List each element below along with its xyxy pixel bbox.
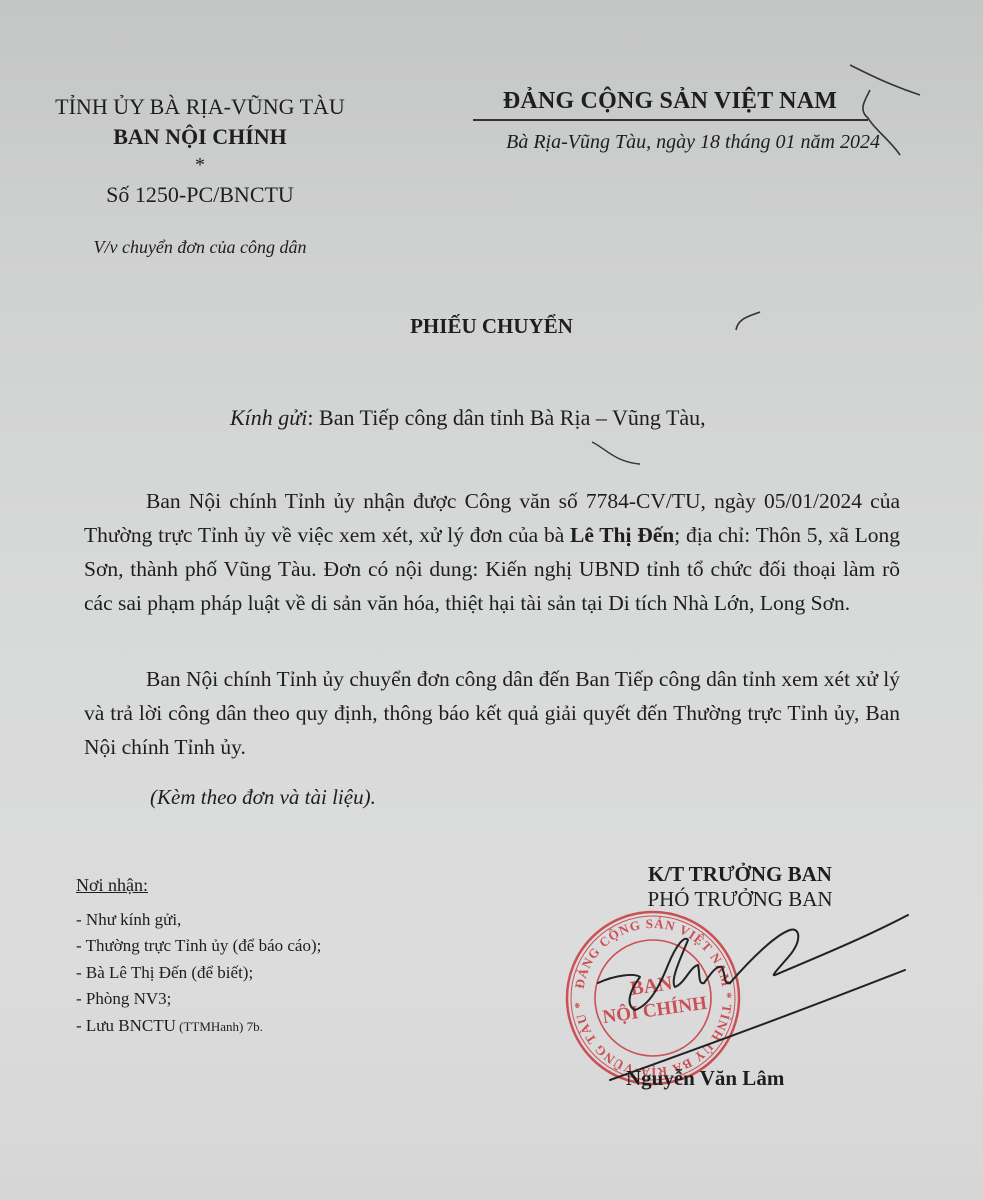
provincial-committee-name: TỈNH ỦY BÀ RỊA-VŨNG TÀU xyxy=(40,92,360,122)
paragraph-2-text: Ban Nội chính Tỉnh ủy chuyển đơn công dâ… xyxy=(84,667,900,759)
handwritten-signature-icon xyxy=(590,905,920,1105)
body-paragraph-2: Ban Nội chính Tỉnh ủy chuyển đơn công dâ… xyxy=(84,662,900,764)
place-and-date: Bà Rịa-Vũng Tàu, ngày 18 tháng 01 năm 20… xyxy=(440,131,900,154)
distribution-list: Nơi nhận: - Như kính gửi, - Thường trực … xyxy=(76,872,321,1040)
document-number: Số 1250-PC/BNCTU xyxy=(40,180,360,210)
citizen-name: Lê Thị Đến xyxy=(570,523,674,547)
issuing-organization-block: TỈNH ỦY BÀ RỊA-VŨNG TÀU BAN NỘI CHÍNH * … xyxy=(40,92,360,262)
distribution-item: - Thường trực Tỉnh ủy (để báo cáo); xyxy=(76,933,321,960)
party-name: ĐẢNG CỘNG SẢN VIỆT NAM xyxy=(440,88,900,115)
addressee-label: Kính gửi xyxy=(230,405,307,430)
addressee-value: : Ban Tiếp công dân tỉnh Bà Rịa – Vũng T… xyxy=(307,405,705,430)
distribution-item: - Như kính gửi, xyxy=(76,907,321,934)
distribution-heading: Nơi nhận: xyxy=(76,872,321,899)
pen-underline-mark-icon xyxy=(590,440,670,470)
party-name-underline xyxy=(473,119,868,121)
document-subject: V/v chuyển đơn của công dân xyxy=(40,232,360,262)
national-header-block: ĐẢNG CỘNG SẢN VIỆT NAM Bà Rịa-Vũng Tàu, … xyxy=(440,88,900,154)
pen-tick-mark-icon xyxy=(730,308,770,338)
star-separator: * xyxy=(40,154,360,176)
pen-scratch-mark-icon xyxy=(840,60,940,160)
attachment-note: (Kèm theo đơn và tài liệu). xyxy=(150,785,376,810)
document-title: PHIẾU CHUYỂN xyxy=(0,314,983,339)
distribution-item: - Bà Lê Thị Đến (để biết); xyxy=(76,960,321,987)
distribution-item: - Phòng NV3; xyxy=(76,986,321,1013)
distribution-item: - Lưu BNCTU (TTMHanh) 7b. xyxy=(76,1013,321,1041)
department-name: BAN NỘI CHÍNH xyxy=(40,122,360,152)
body-paragraph-1: Ban Nội chính Tỉnh ủy nhận được Công văn… xyxy=(84,484,900,620)
addressee-line: Kính gửi: Ban Tiếp công dân tỉnh Bà Rịa … xyxy=(230,405,706,431)
signer-authority: K/T TRƯỞNG BAN xyxy=(580,862,900,887)
